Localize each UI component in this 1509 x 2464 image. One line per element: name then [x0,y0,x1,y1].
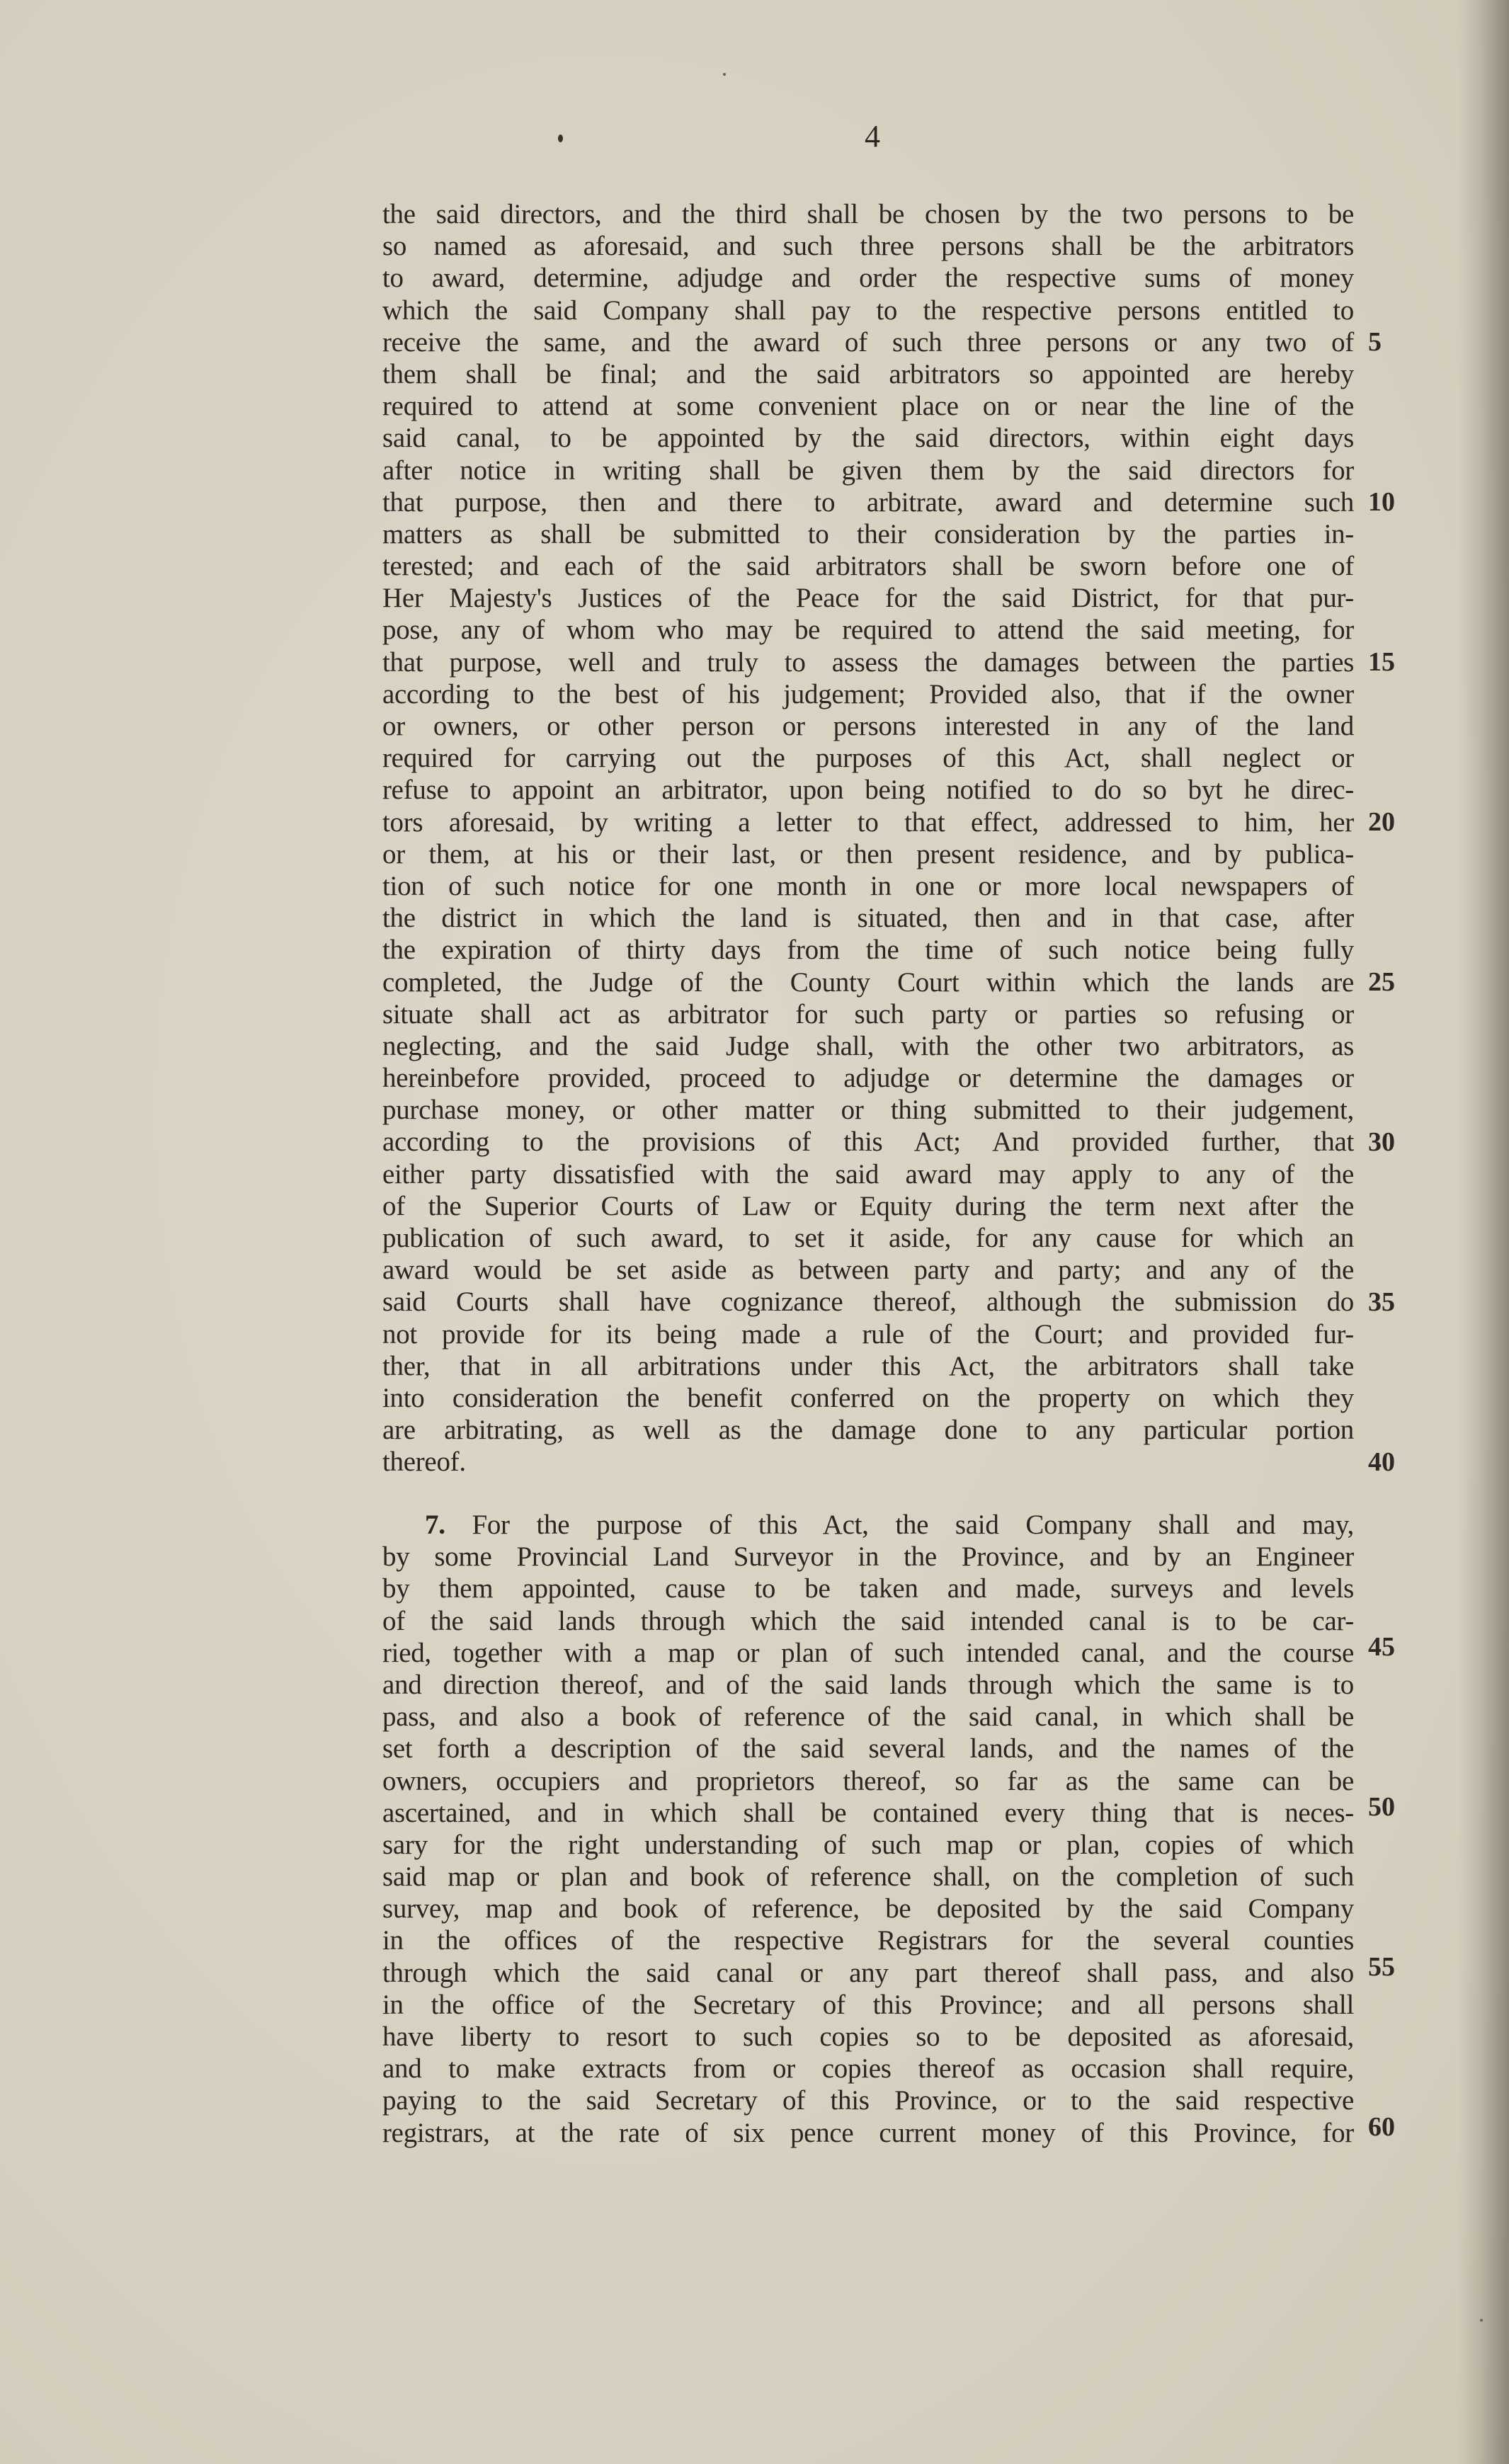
text-line: receive the same, and the award of such … [382,326,1354,358]
text-line: tors aforesaid, by writing a letter to t… [382,806,1354,838]
text-line: or them, at his or their last, or then p… [382,838,1354,870]
line-number: 30 [1368,1127,1395,1158]
ink-speck [1480,2319,1483,2322]
text-line: according to the best of his judgement; … [382,678,1354,710]
text-line: the said directors, and the third shall … [382,198,1354,230]
section-7-first-line: 7. For the purpose of this Act, the said… [382,1509,1354,1541]
text-line: ried, together with a map or plan of suc… [382,1637,1354,1669]
text-line: survey, map and book of reference, be de… [382,1893,1354,1924]
line-number: 15 [1368,646,1395,678]
text-line: are arbitrating, as well as the damage d… [382,1414,1354,1446]
text-line: ascertained, and in which shall be conta… [382,1797,1354,1829]
text-line: Her Majesty's Justices of the Peace for … [382,582,1354,614]
line-number: 5 [1368,326,1382,358]
text-line: pass, and also a book of reference of th… [382,1701,1354,1733]
line-number: 10 [1368,486,1395,518]
text-line: purchase money, or other matter or thing… [382,1094,1354,1126]
text-line: registrars, at the rate of six pence cur… [382,2117,1354,2149]
line-number: 60 [1368,2111,1395,2143]
text-line: said map or plan and book of reference s… [382,1861,1354,1893]
text-line: set forth a description of the said seve… [382,1733,1354,1764]
text-line: have liberty to resort to such copies so… [382,2021,1354,2053]
text-line: owners, occupiers and proprietors thereo… [382,1765,1354,1797]
text-line: after notice in writing shall be given t… [382,455,1354,486]
text-line: either party dissatisfied with the said … [382,1158,1354,1190]
text-line: required to attend at some convenient pl… [382,390,1354,422]
text-line: that purpose, then and there to arbitrat… [382,486,1354,518]
text-line: completed, the Judge of the County Court… [382,966,1354,998]
ink-speck [723,73,726,76]
text-line: thereof. [382,1446,1354,1478]
section-7: 7. For the purpose of this Act, the said… [382,1509,1354,2149]
text-line: and to make extracts from or copies ther… [382,2053,1354,2084]
text-line: award would be set aside as between part… [382,1254,1354,1286]
text-line: publication of such award, to set it asi… [382,1222,1354,1254]
paragraph-continued: the said directors, and the third shall … [382,198,1354,1478]
text-line: of the said lands through which the said… [382,1605,1354,1637]
line-number: 40 [1368,1447,1395,1478]
text-line: of the Superior Courts of Law or Equity … [382,1190,1354,1222]
text-line: by some Provincial Land Surveyor in the … [382,1541,1354,1573]
text-line: in the offices of the respective Registr… [382,1924,1354,1956]
text-line: terested; and each of the said arbitrato… [382,550,1354,582]
text-line: For the purpose of this Act, the said Co… [472,1510,1354,1540]
text-line: according to the provisions of this Act;… [382,1126,1354,1158]
text-line: said canal, to be appointed by the said … [382,422,1354,454]
text-line: the expiration of thirty days from the t… [382,934,1354,966]
line-number: 50 [1368,1791,1395,1823]
text-line: situate shall act as arbitrator for such… [382,998,1354,1030]
line-number: 55 [1368,1951,1395,1983]
line-number: 35 [1368,1287,1395,1318]
text-line: paying to the said Secretary of this Pro… [382,2084,1354,2116]
text-line: into consideration the benefit conferred… [382,1382,1354,1414]
line-number: 20 [1368,806,1395,838]
text-line: the district in which the land is situat… [382,902,1354,934]
text-line: hereinbefore provided, proceed to adjudg… [382,1062,1354,1094]
text-line: pose, any of whom who may be required to… [382,614,1354,646]
text-line: through which the said canal or any part… [382,1957,1354,1989]
text-line: that purpose, well and truly to assess t… [382,646,1354,678]
text-line: neglecting, and the said Judge shall, wi… [382,1030,1354,1062]
text-line: them shall be final; and the said arbitr… [382,358,1354,390]
text-line: tion of such notice for one month in one… [382,870,1354,902]
text-line: ther, that in all arbitrations under thi… [382,1350,1354,1382]
text-line: not provide for its being made a rule of… [382,1318,1354,1350]
text-line: in the office of the Secretary of this P… [382,1989,1354,2021]
text-line: or owners, or other person or persons in… [382,710,1354,742]
text-line: and direction thereof, and of the said l… [382,1669,1354,1701]
text-line: so named as aforesaid, and such three pe… [382,230,1354,262]
line-number: 45 [1368,1631,1395,1663]
scanned-page: 4 the said directors, and the third shal… [0,0,1509,2464]
text-line: required for carrying out the purposes o… [382,742,1354,774]
line-number: 25 [1368,966,1395,998]
text-line: sary for the right understanding of such… [382,1829,1354,1861]
text-line: said Courts shall have cognizance thereo… [382,1286,1354,1318]
text-line: by them appointed, cause to be taken and… [382,1573,1354,1604]
text-line: to award, determine, adjudge and order t… [382,262,1354,294]
ink-speck [558,135,563,142]
text-line: which the said Company shall pay to the … [382,295,1354,326]
text-line: refuse to appoint an arbitrator, upon be… [382,774,1354,806]
text-line: matters as shall be submitted to their c… [382,518,1354,550]
section-number: 7. [425,1510,445,1540]
page-number: 4 [858,119,887,154]
